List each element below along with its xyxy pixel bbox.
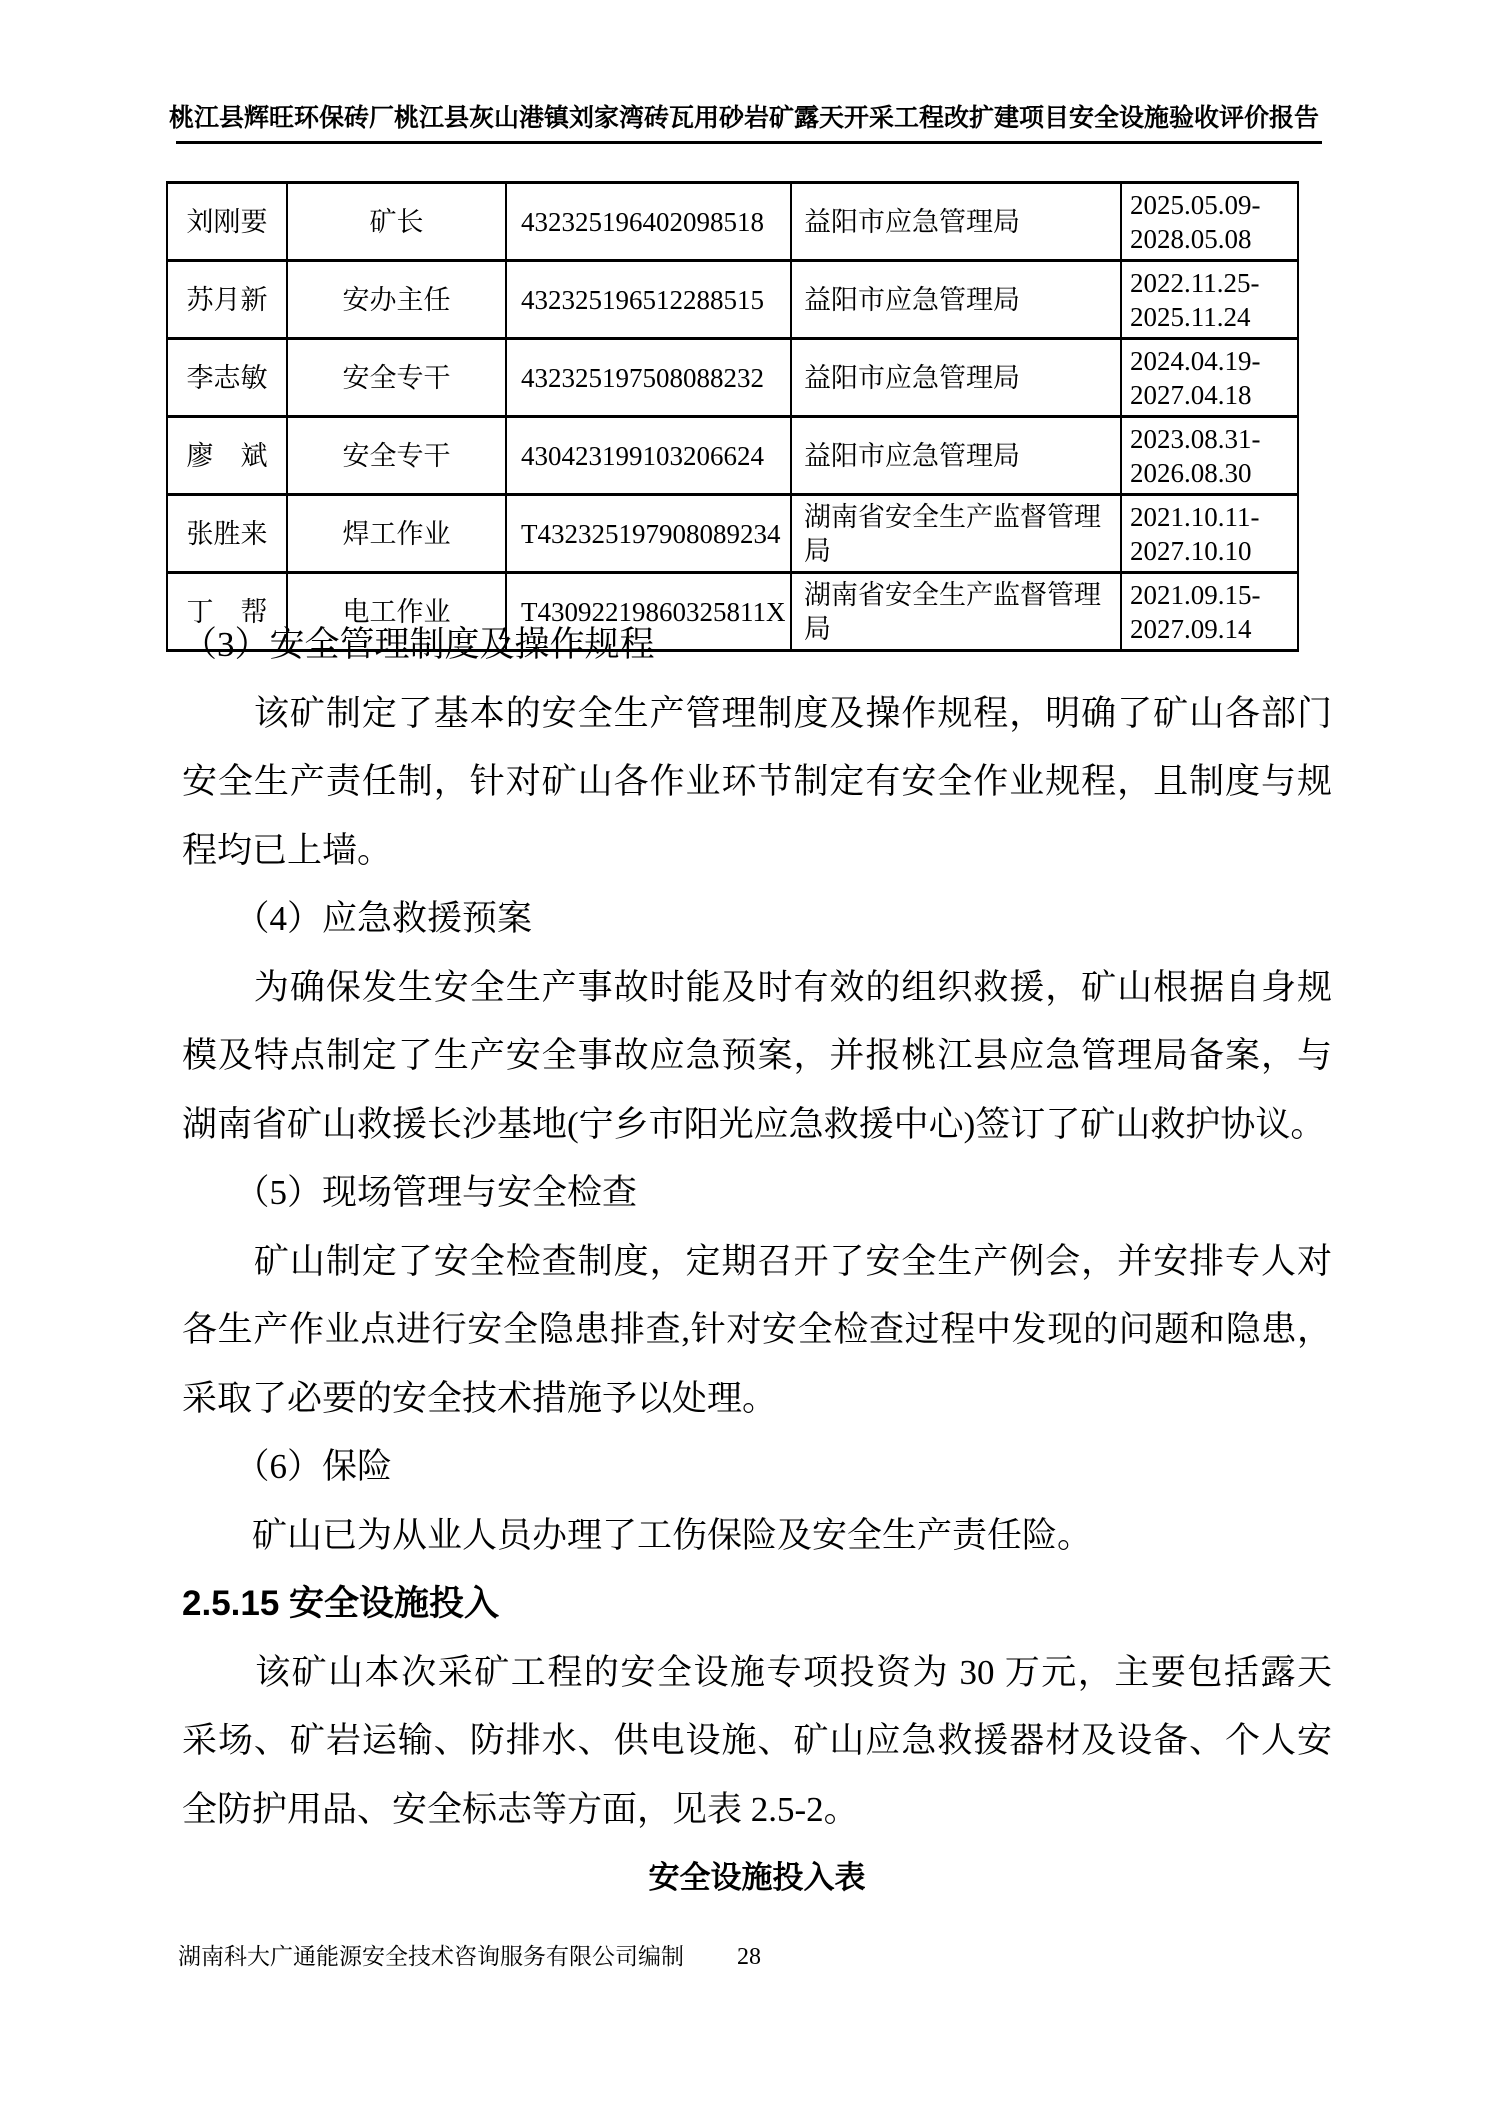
cell-name: 刘刚要 [167,183,287,261]
cell-name: 李志敏 [167,339,287,417]
body-text: （3）安全管理制度及操作规程 该矿制定了基本的安全生产管理制度及操作规程，明确了… [182,611,1332,1913]
body-line: 各生产作业点进行安全隐患排查,针对安全检查过程中发现的问题和隐患， [182,1296,1332,1365]
cell-cert-no: 430423199103206624 [506,417,791,495]
personnel-row: 廖 斌安全专干430423199103206624益阳市应急管理局2023.08… [167,417,1298,495]
table-caption: 安全设施投入表 [182,1844,1332,1913]
section-heading-5: （5）现场管理与安全检查 [182,1159,1332,1228]
body-line: 湖南省矿山救援长沙基地(宁乡市阳光应急救援中心)签订了矿山救护协议。 [182,1091,1332,1160]
body-line: 该矿山本次采矿工程的安全设施专项投资为 30 万元，主要包括露天 [182,1639,1332,1708]
cell-authority: 益阳市应急管理局 [791,339,1121,417]
cell-position: 安全专干 [287,417,506,495]
header-rule [176,141,1322,144]
section-heading-3: （3）安全管理制度及操作规程 [182,611,1332,680]
page-footer: 湖南科大广通能源安全技术咨询服务有限公司编制28 [178,1940,761,1974]
cell-name: 张胜来 [167,495,287,573]
section-heading-2515: 2.5.15 安全设施投入 [182,1570,1332,1639]
cell-cert-no: 432325197508088232 [506,339,791,417]
body-line: 模及特点制定了生产安全事故应急预案，并报桃江县应急管理局备案，与 [182,1022,1332,1091]
personnel-table: 刘刚要矿长432325196402098518益阳市应急管理局2025.05.0… [166,181,1299,652]
footer-company: 湖南科大广通能源安全技术咨询服务有限公司编制 [178,1944,684,1969]
body-line: 矿山已为从业人员办理了工伤保险及安全生产责任险。 [182,1502,1332,1571]
body-line: 采取了必要的安全技术措施予以处理。 [182,1365,1332,1434]
body-line: 采场、矿岩运输、防排水、供电设施、矿山应急救援器材及设备、个人安 [182,1707,1332,1776]
cell-authority: 湖南省安全生产监督管理局 [791,495,1121,573]
cell-position: 安办主任 [287,261,506,339]
body-line: 安全生产责任制，针对矿山各作业环节制定有安全作业规程，且制度与规 [182,748,1332,817]
section-heading-6: （6）保险 [182,1433,1332,1502]
body-line: 为确保发生安全生产事故时能及时有效的组织救援，矿山根据自身规 [182,954,1332,1023]
personnel-row: 张胜来焊工作业T432325197908089234湖南省安全生产监督管理局20… [167,495,1298,573]
page-header: 桃江县辉旺环保砖厂桃江县灰山港镇刘家湾砖瓦用砂岩矿露天开采工程改扩建项目安全设施… [0,102,1488,136]
body-line: 全防护用品、安全标志等方面，见表 2.5-2。 [182,1776,1332,1845]
cell-validity: 2022.11.25- 2025.11.24 [1121,261,1298,339]
body-line: 该矿制定了基本的安全生产管理制度及操作规程，明确了矿山各部门 [182,680,1332,749]
cell-cert-no: 432325196402098518 [506,183,791,261]
cell-validity: 2024.04.19- 2027.04.18 [1121,339,1298,417]
cell-validity: 2025.05.09- 2028.05.08 [1121,183,1298,261]
document-page: 桃江县辉旺环保砖厂桃江县灰山港镇刘家湾砖瓦用砂岩矿露天开采工程改扩建项目安全设施… [0,0,1488,2104]
cell-authority: 益阳市应急管理局 [791,261,1121,339]
personnel-row: 苏月新安办主任432325196512288515益阳市应急管理局2022.11… [167,261,1298,339]
cell-validity: 2023.08.31- 2026.08.30 [1121,417,1298,495]
cell-name: 苏月新 [167,261,287,339]
page-number: 28 [737,1944,761,1970]
cell-authority: 益阳市应急管理局 [791,417,1121,495]
personnel-row: 刘刚要矿长432325196402098518益阳市应急管理局2025.05.0… [167,183,1298,261]
cell-position: 安全专干 [287,339,506,417]
personnel-row: 李志敏安全专干432325197508088232益阳市应急管理局2024.04… [167,339,1298,417]
cell-name: 廖 斌 [167,417,287,495]
personnel-table-body: 刘刚要矿长432325196402098518益阳市应急管理局2025.05.0… [167,183,1298,651]
cell-cert-no: 432325196512288515 [506,261,791,339]
body-line: 程均已上墙。 [182,817,1332,886]
body-line: 矿山制定了安全检查制度，定期召开了安全生产例会，并安排专人对 [182,1228,1332,1297]
cell-position: 矿长 [287,183,506,261]
cell-position: 焊工作业 [287,495,506,573]
cell-authority: 益阳市应急管理局 [791,183,1121,261]
section-heading-4: （4）应急救援预案 [182,885,1332,954]
cell-cert-no: T432325197908089234 [506,495,791,573]
cell-validity: 2021.10.11- 2027.10.10 [1121,495,1298,573]
